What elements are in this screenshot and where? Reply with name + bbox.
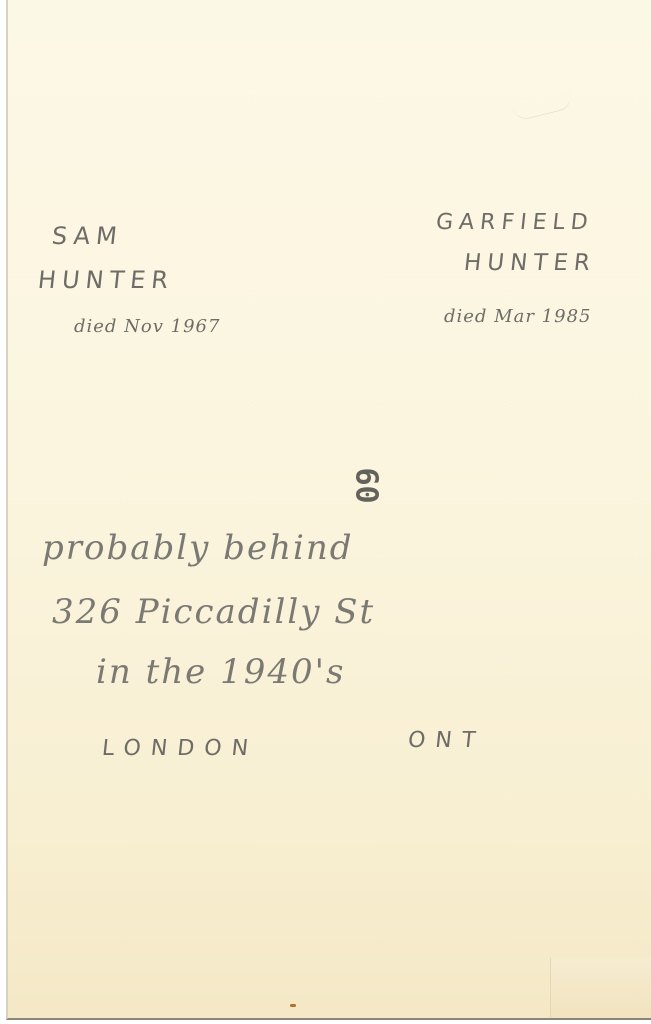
paper-stain [290, 1004, 296, 1007]
right-person-death-note: died Mar 1985 [444, 306, 591, 327]
location-province: ONT [407, 728, 487, 753]
stamped-number: 60 [349, 467, 384, 503]
left-person-last-name: HUNTER [37, 266, 176, 294]
left-person-death-note: died Nov 1967 [74, 316, 220, 337]
left-person-first-name: SAM [51, 222, 125, 250]
location-city: LONDON [101, 736, 260, 761]
note-line-1: probably behind [42, 528, 354, 568]
right-person-first-name: GARFIELD [435, 210, 595, 235]
paper-crease [512, 93, 574, 122]
note-line-3: in the 1940's [96, 652, 345, 692]
photo-back-paper: SAM HUNTER died Nov 1967 GARFIELD HUNTER… [6, 0, 651, 1020]
right-person-last-name: HUNTER [463, 250, 598, 276]
note-line-2: 326 Piccadilly St [52, 592, 375, 632]
